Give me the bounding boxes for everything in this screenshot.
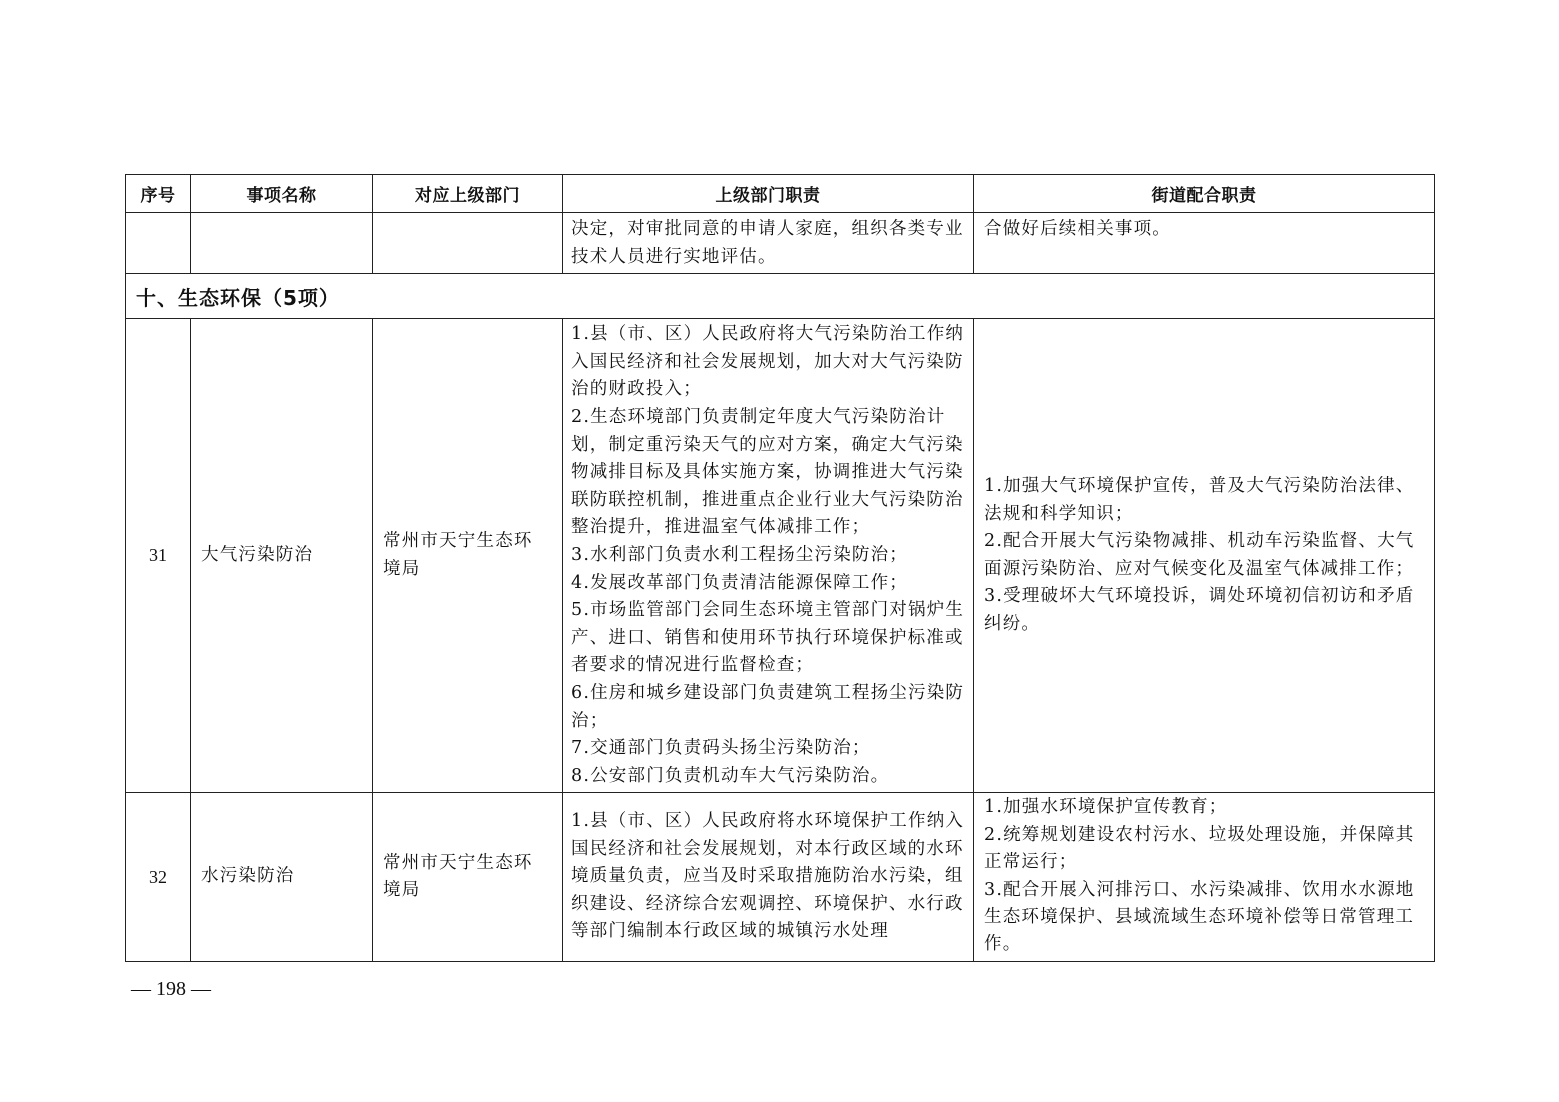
section-title: 十、生态环保（5项） bbox=[126, 274, 1435, 319]
item-name-text: 水污染防治 bbox=[201, 863, 372, 890]
header-upper-department: 对应上级部门 bbox=[373, 175, 563, 213]
cell-street-duty: 1.加强水环境保护宣传教育； 2.统筹规划建设农村污水、垃圾处理设施，并保障其正… bbox=[974, 793, 1435, 961]
cell-serial-number: 32 bbox=[126, 793, 191, 961]
cell-serial-number: 31 bbox=[126, 319, 191, 793]
cell-upper-department: 常州市天宁生态环境局 bbox=[373, 319, 563, 793]
cell-upper-duty: 1.县（市、区）人民政府将大气污染防治工作纳入国民经济和社会发展规划，加大对大气… bbox=[563, 319, 974, 793]
header-street-duty: 街道配合职责 bbox=[974, 175, 1435, 213]
page-number: — 198 — bbox=[131, 978, 211, 1001]
table-row-continuation: 决定，对审批同意的申请人家庭，组织各类专业技术人员进行实地评估。 合做好后续相关… bbox=[126, 213, 1435, 274]
upper-duty-text: 决定，对审批同意的申请人家庭，组织各类专业技术人员进行实地评估。 bbox=[571, 215, 965, 271]
street-duty-text: 合做好后续相关事项。 bbox=[984, 215, 1426, 244]
cell-street-duty: 1.加强大气环境保护宣传，普及大气污染防治法律、法规和科学知识； 2.配合开展大… bbox=[974, 319, 1435, 793]
upper-department-text: 常州市天宁生态环境局 bbox=[383, 850, 548, 905]
upper-duty-text: 1.县（市、区）人民政府将水环境保护工作纳入国民经济和社会发展规划，对本行政区域… bbox=[571, 808, 965, 945]
cell-item-name: 水污染防治 bbox=[191, 793, 373, 961]
responsibility-table: 序号 事项名称 对应上级部门 上级部门职责 街道配合职责 决定，对审批同意的申请… bbox=[125, 174, 1435, 962]
cell-upper-duty: 1.县（市、区）人民政府将水环境保护工作纳入国民经济和社会发展规划，对本行政区域… bbox=[563, 793, 974, 961]
header-upper-duty: 上级部门职责 bbox=[563, 175, 974, 213]
cell-item-name bbox=[191, 213, 373, 274]
upper-duty-text: 1.县（市、区）人民政府将大气污染防治工作纳入国民经济和社会发展规划，加大对大气… bbox=[571, 321, 965, 790]
cell-serial-number bbox=[126, 213, 191, 274]
cell-street-duty: 合做好后续相关事项。 bbox=[974, 213, 1435, 274]
cell-upper-duty: 决定，对审批同意的申请人家庭，组织各类专业技术人员进行实地评估。 bbox=[563, 213, 974, 274]
header-serial-number: 序号 bbox=[126, 175, 191, 213]
section-row: 十、生态环保（5项） bbox=[126, 274, 1435, 319]
table-header-row: 序号 事项名称 对应上级部门 上级部门职责 街道配合职责 bbox=[126, 175, 1435, 213]
table-row: 32 水污染防治 常州市天宁生态环境局 1.县（市、区）人民政府将水环境保护工作… bbox=[126, 793, 1435, 961]
street-duty-text: 1.加强水环境保护宣传教育； 2.统筹规划建设农村污水、垃圾处理设施，并保障其正… bbox=[984, 794, 1426, 958]
table-row: 31 大气污染防治 常州市天宁生态环境局 1.县（市、区）人民政府将大气污染防治… bbox=[126, 319, 1435, 793]
item-name-text: 大气污染防治 bbox=[201, 542, 372, 570]
street-duty-text: 1.加强大气环境保护宣传，普及大气污染防治法律、法规和科学知识； 2.配合开展大… bbox=[984, 473, 1426, 639]
cell-item-name: 大气污染防治 bbox=[191, 319, 373, 793]
upper-department-text: 常州市天宁生态环境局 bbox=[383, 528, 548, 583]
cell-upper-department bbox=[373, 213, 563, 274]
cell-upper-department: 常州市天宁生态环境局 bbox=[373, 793, 563, 961]
header-item-name: 事项名称 bbox=[191, 175, 373, 213]
